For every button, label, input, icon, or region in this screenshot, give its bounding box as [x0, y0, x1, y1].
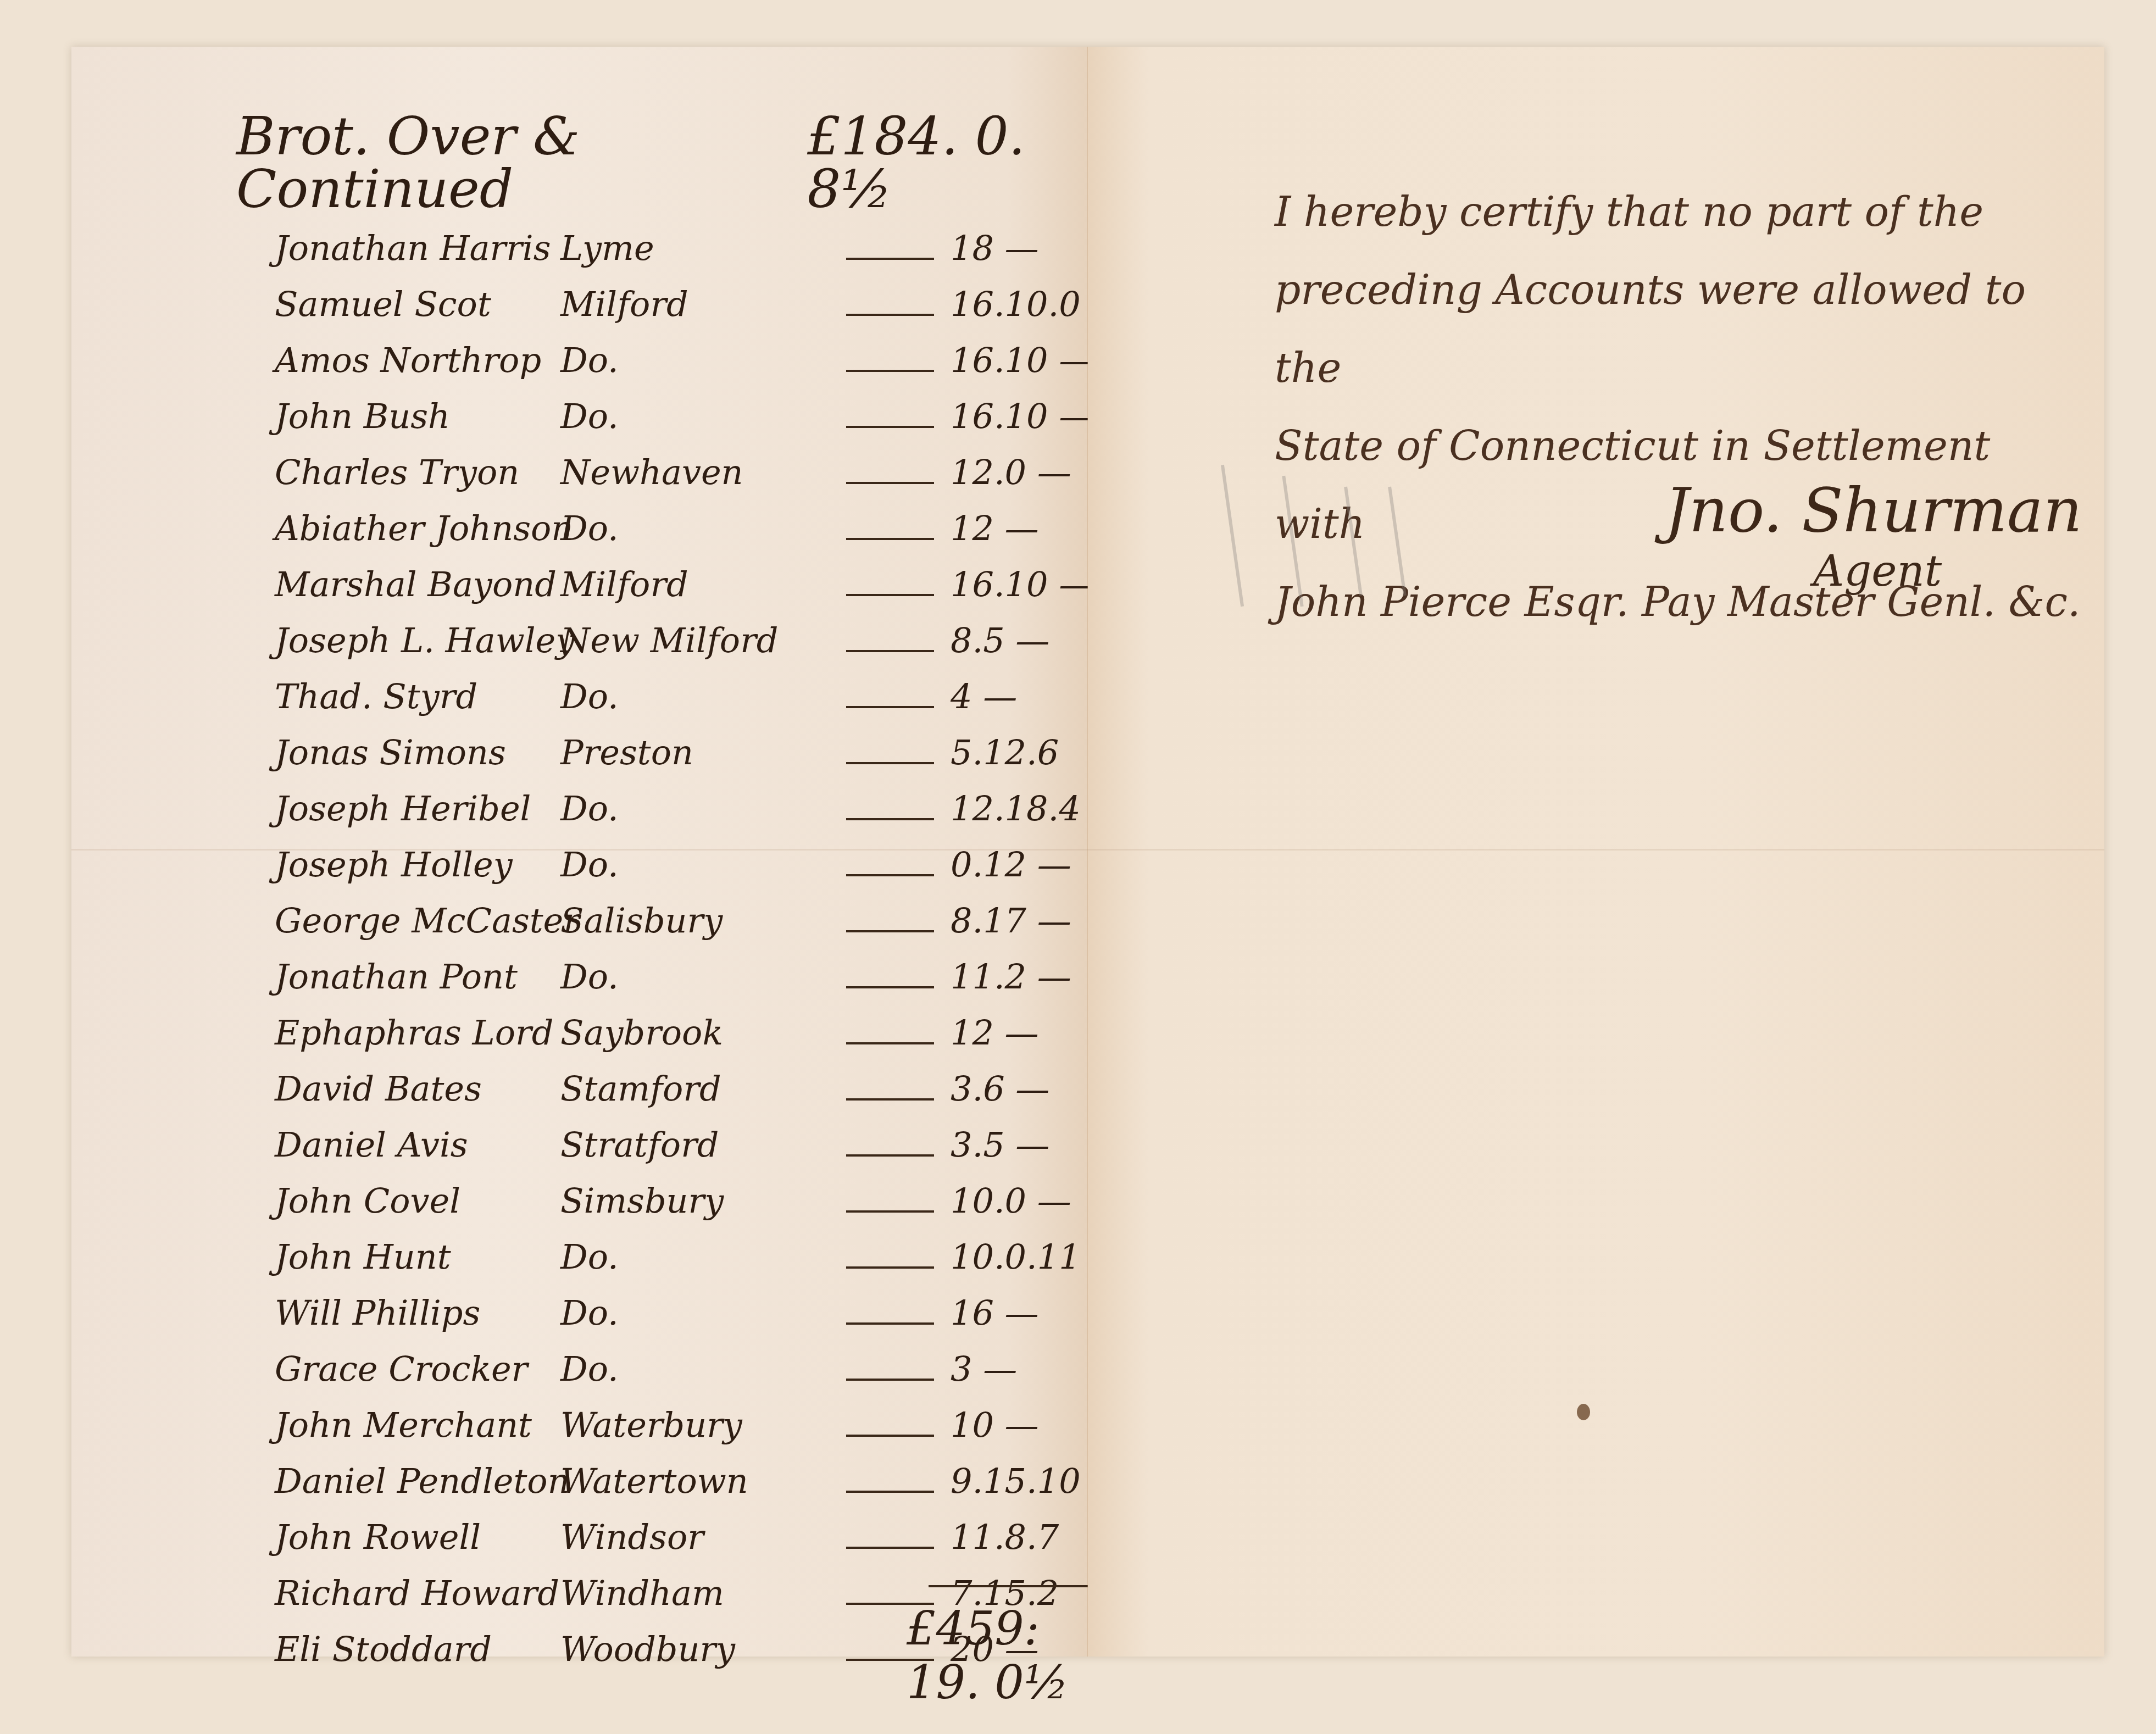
entry-amount: 3 — [951, 1349, 1088, 1389]
dotted-leader [846, 1491, 934, 1493]
certification-line: I hereby certify that no part of the [1275, 173, 2088, 251]
entry-amount: 10 — [951, 1405, 1088, 1445]
entry-town: Newhaven [560, 452, 846, 492]
entry-name: Eli Stoddard [275, 1629, 560, 1669]
entry-name: Will Phillips [275, 1293, 560, 1333]
dotted-leader [846, 930, 934, 932]
ledger-row: John HuntDo.10.0.11 [275, 1237, 1088, 1293]
dotted-leader [846, 650, 934, 652]
certification-line: preceding Accounts were allowed to the [1275, 251, 2088, 407]
ledger-row: Grace CrockerDo.3 — [275, 1349, 1088, 1405]
ledger-entries: Jonathan HarrisLyme18 —Samuel ScotMilfor… [275, 228, 1088, 1685]
ledger-row: Daniel PendletonWatertown9.15.10 [275, 1461, 1088, 1517]
entry-town: Windham [560, 1573, 846, 1613]
dotted-leader [846, 1154, 934, 1157]
carried-forward-header: Brot. Over & Continued £184. 0. 8½ [236, 110, 1093, 215]
entry-amount: 16.10 — [951, 396, 1088, 436]
entry-town: Do. [560, 508, 846, 548]
entry-town: Do. [560, 676, 846, 716]
entry-amount: 10.0 — [951, 1181, 1088, 1221]
left-page: Brot. Over & Continued £184. 0. 8½ Jonat… [71, 47, 1088, 1657]
ledger-row: David BatesStamford3.6 — [275, 1069, 1088, 1125]
entry-town: New Milford [560, 620, 846, 660]
entry-name: John Hunt [275, 1237, 560, 1277]
entry-amount: 18 — [951, 228, 1088, 268]
dotted-leader [846, 538, 934, 540]
ledger-row: Charles TryonNewhaven12.0 — [275, 452, 1088, 508]
dotted-leader [846, 1042, 934, 1044]
entry-name: John Bush [275, 396, 560, 436]
entry-town: Stratford [560, 1125, 846, 1165]
entry-amount: 11.8.7 [951, 1517, 1088, 1557]
entry-town: Windsor [560, 1517, 846, 1557]
dotted-leader [846, 1547, 934, 1549]
entry-town: Do. [560, 788, 846, 829]
ledger-row: Joseph L. HawleyNew Milford8.5 — [275, 620, 1088, 676]
entry-amount: 8.17 — [951, 901, 1088, 941]
entry-name: John Merchant [275, 1405, 560, 1445]
entry-town: Watertown [560, 1461, 846, 1501]
ledger-row: Amos NorthropDo.16.10 — [275, 340, 1088, 396]
ledger-row: John RowellWindsor11.8.7 [275, 1517, 1088, 1573]
entry-town: Waterbury [560, 1405, 846, 1445]
ledger-row: Ephaphras LordSaybrook12 — [275, 1013, 1088, 1069]
signature-title: Agent [1813, 547, 1942, 596]
entry-town: Do. [560, 844, 846, 885]
dotted-leader [846, 426, 934, 428]
entry-town: Woodbury [560, 1629, 846, 1669]
entry-town: Do. [560, 1349, 846, 1389]
entry-amount: 11.2 — [951, 957, 1088, 997]
ledger-row: Will PhillipsDo.16 — [275, 1293, 1088, 1349]
agent-signature: Jno. Shurman [1665, 475, 2082, 546]
entry-name: Jonathan Harris [275, 228, 560, 268]
dotted-leader [846, 1266, 934, 1269]
entry-name: Ephaphras Lord [275, 1013, 560, 1053]
entry-amount: 9.15.10 [951, 1461, 1088, 1501]
entry-amount: 16 — [951, 1293, 1088, 1333]
ledger-row: John BushDo.16.10 — [275, 396, 1088, 452]
entry-name: Marshal Bayond [275, 564, 560, 604]
entry-amount: 3.6 — [951, 1069, 1088, 1109]
entry-amount: 5.12.6 [951, 732, 1088, 772]
entry-town: Salisbury [560, 901, 846, 941]
entry-town: Do. [560, 396, 846, 436]
entry-name: Samuel Scot [275, 284, 560, 324]
ledger-row: Samuel ScotMilford16.10.0 [275, 284, 1088, 340]
entry-name: Joseph L. Hawley [275, 620, 560, 660]
entry-town: Stamford [560, 1069, 846, 1109]
entry-amount: 8.5 — [951, 620, 1088, 660]
entry-town: Milford [560, 284, 846, 324]
entry-name: Daniel Pendleton [275, 1461, 560, 1501]
entry-name: Charles Tryon [275, 452, 560, 492]
ledger-row: George McCasterSalisbury8.17 — [275, 901, 1088, 957]
entry-amount: 12.0 — [951, 452, 1088, 492]
fold-crease [1088, 849, 2104, 851]
dotted-leader [846, 762, 934, 764]
entry-name: John Covel [275, 1181, 560, 1221]
entry-name: Daniel Avis [275, 1125, 560, 1165]
ledger-row: Joseph HolleyDo.0.12 — [275, 844, 1088, 901]
dotted-leader [846, 818, 934, 820]
dotted-leader [846, 482, 934, 484]
ledger-row: Jonathan PontDo.11.2 — [275, 957, 1088, 1013]
ledger-row: Jonas SimonsPreston5.12.6 [275, 732, 1088, 788]
entry-amount: 4 — [951, 676, 1088, 716]
entry-town: Simsbury [560, 1181, 846, 1221]
ledger-row: Marshal BayondMilford16.10 — [275, 564, 1088, 620]
entry-name: Thad. Styrd [275, 676, 560, 716]
entry-name: David Bates [275, 1069, 560, 1109]
entry-name: Grace Crocker [275, 1349, 560, 1389]
entry-town: Preston [560, 732, 846, 772]
entry-amount: 12.18.4 [951, 788, 1088, 829]
dotted-leader [846, 1098, 934, 1101]
entry-town: Saybrook [560, 1013, 846, 1053]
total-rule [929, 1585, 1110, 1587]
dotted-leader [846, 594, 934, 596]
dotted-leader [846, 1435, 934, 1437]
dotted-leader [846, 370, 934, 372]
ledger-row: Abiather JohnsonDo.12 — [275, 508, 1088, 564]
entry-amount: 12 — [951, 1013, 1088, 1053]
dotted-leader [846, 1322, 934, 1325]
pencil-marks [1198, 453, 1429, 635]
dotted-leader [846, 258, 934, 260]
entry-name: George McCaster [275, 901, 560, 941]
entry-name: Amos Northrop [275, 340, 560, 380]
ledger-row: Daniel AvisStratford3.5 — [275, 1125, 1088, 1181]
dotted-leader [846, 1210, 934, 1213]
entry-amount: 16.10 — [951, 340, 1088, 380]
entry-amount: 12 — [951, 508, 1088, 548]
dotted-leader [846, 874, 934, 876]
entry-amount: 3.5 — [951, 1125, 1088, 1165]
entry-amount: 10.0.11 [951, 1237, 1088, 1277]
ledger-row: Jonathan HarrisLyme18 — [275, 228, 1088, 284]
entry-name: Jonas Simons [275, 732, 560, 772]
dotted-leader [846, 1379, 934, 1381]
dotted-leader [846, 314, 934, 316]
entry-name: Abiather Johnson [275, 508, 560, 548]
entry-name: Joseph Heribel [275, 788, 560, 829]
entry-town: Do. [560, 957, 846, 997]
ledger-row: Thad. StyrdDo.4 — [275, 676, 1088, 732]
entry-amount: 16.10 — [951, 564, 1088, 604]
ledger-sheet: Brot. Over & Continued £184. 0. 8½ Jonat… [71, 47, 2104, 1657]
entry-name: John Rowell [275, 1517, 560, 1557]
dotted-leader [846, 986, 934, 988]
ledger-row: John MerchantWaterbury10 — [275, 1405, 1088, 1461]
entry-town: Do. [560, 1293, 846, 1333]
entry-town: Do. [560, 340, 846, 380]
entry-amount: 0.12 — [951, 844, 1088, 885]
entry-town: Milford [560, 564, 846, 604]
ledger-row: John CovelSimsbury10.0 — [275, 1181, 1088, 1237]
ledger-row: Joseph HeribelDo.12.18.4 [275, 788, 1088, 844]
carried-forward-amount: £184. 0. 8½ [807, 110, 1093, 215]
ink-stain [1577, 1404, 1590, 1420]
ledger-total: £459: 19. 0½ [907, 1602, 1088, 1709]
carried-forward-label: Brot. Over & Continued [236, 110, 807, 215]
entry-town: Do. [560, 1237, 846, 1277]
dotted-leader [846, 706, 934, 708]
entry-name: Richard Howard [275, 1573, 560, 1613]
entry-name: Jonathan Pont [275, 957, 560, 997]
entry-name: Joseph Holley [275, 844, 560, 885]
entry-amount: 16.10.0 [951, 284, 1088, 324]
entry-town: Lyme [560, 228, 846, 268]
